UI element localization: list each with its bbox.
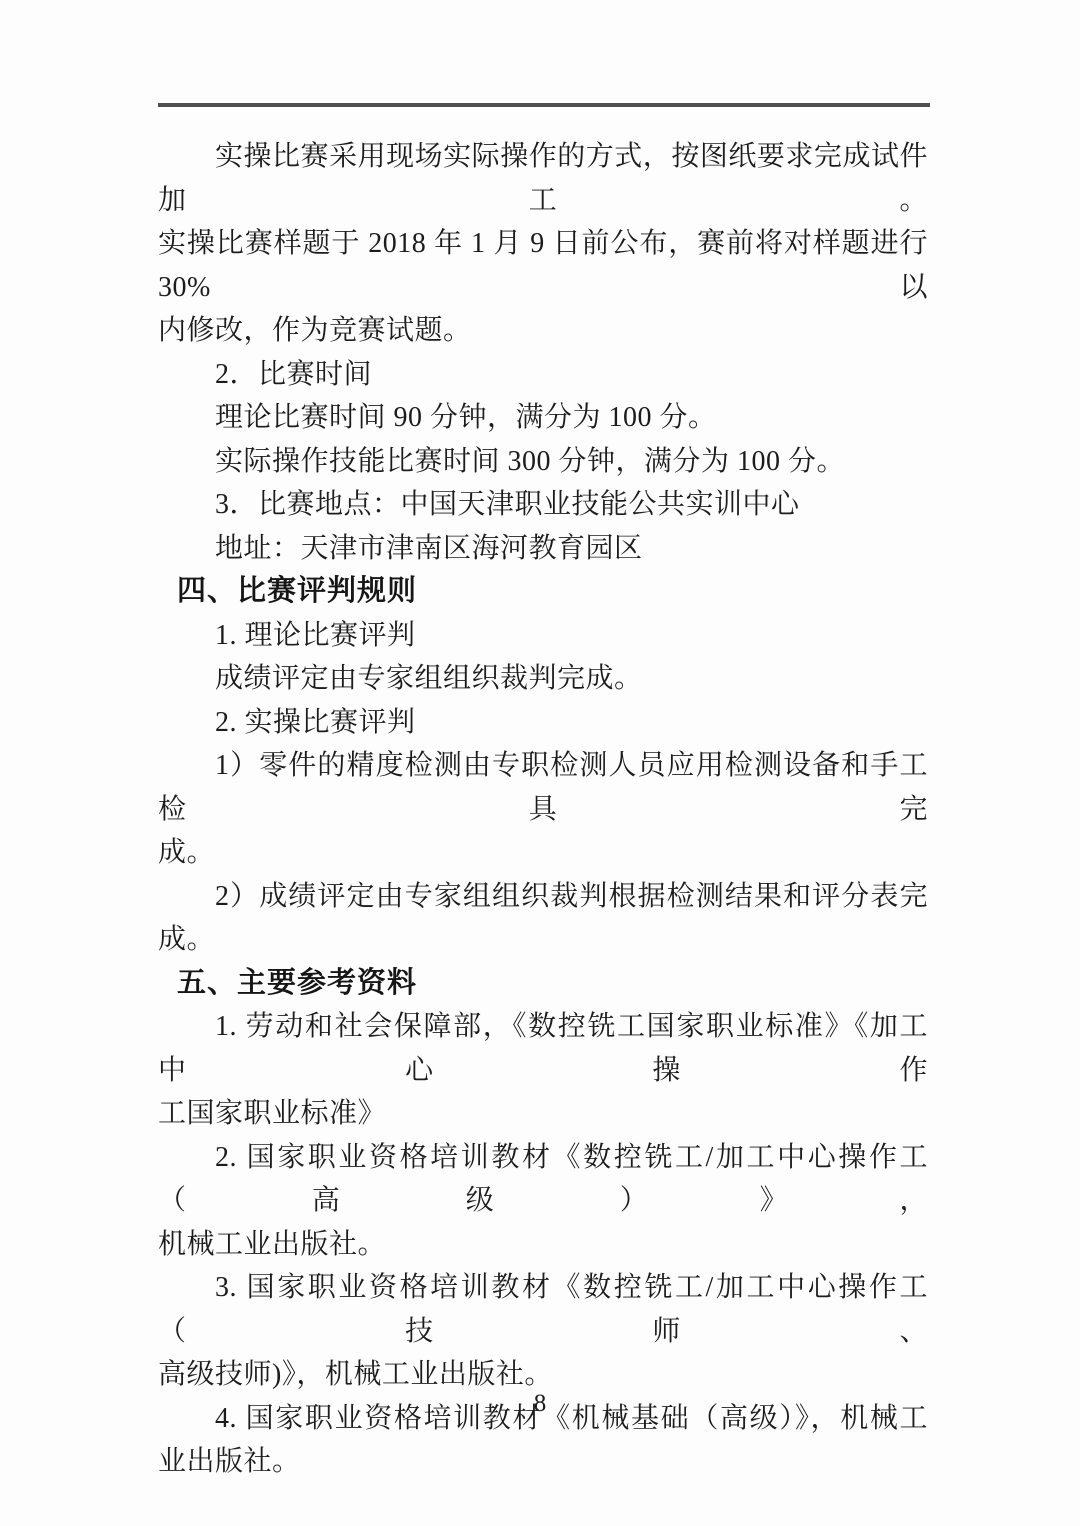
text-line: 内修改，作为竞赛试题。 (158, 309, 928, 353)
text-line: 工国家职业标准》 (158, 1092, 928, 1136)
section-heading: 五、主要参考资料 (158, 962, 928, 1006)
text-line: 3. 国家职业资格培训教材《数控铣工/加工中心操作工（技师、 (158, 1266, 928, 1353)
text-line: 1. 理论比赛评判 (158, 614, 928, 658)
text-line: 2）成绩评定由专家组组织裁判根据检测结果和评分表完成。 (158, 875, 928, 962)
text-line: 1）零件的精度检测由专职检测人员应用检测设备和手工检具完 (158, 744, 928, 831)
text-line: 2. 实操比赛评判 (158, 701, 928, 745)
text-line: 实操比赛采用现场实际操作的方式，按图纸要求完成试件加工。 (158, 135, 928, 222)
text-line: 3．比赛地点：中国天津职业技能公共实训中心 (158, 483, 928, 527)
page-number: 8 (0, 1390, 1080, 1418)
text-line: 机械工业出版社。 (158, 1223, 928, 1267)
text-line: 理论比赛时间 90 分钟，满分为 100 分。 (158, 396, 928, 440)
document-body: 实操比赛采用现场实际操作的方式，按图纸要求完成试件加工。实操比赛样题于 2018… (158, 135, 928, 1484)
text-line: 成绩评定由专家组组织裁判完成。 (158, 657, 928, 701)
text-line: 1. 劳动和社会保障部，《数控铣工国家职业标准》《加工中心操作 (158, 1005, 928, 1092)
document-page: 实操比赛采用现场实际操作的方式，按图纸要求完成试件加工。实操比赛样题于 2018… (0, 0, 1080, 1526)
text-line: 实际操作技能比赛时间 300 分钟，满分为 100 分。 (158, 440, 928, 484)
header-rule (158, 103, 930, 107)
text-line: 成。 (158, 831, 928, 875)
text-line: 实操比赛样题于 2018 年 1 月 9 日前公布，赛前将对样题进行 30%以 (158, 222, 928, 309)
text-line: 地址：天津市津南区海河教育园区 (158, 527, 928, 571)
section-heading: 四、比赛评判规则 (158, 570, 928, 614)
text-line: 2．比赛时间 (158, 353, 928, 397)
text-line: 2. 国家职业资格培训教材《数控铣工/加工中心操作工（高级）》， (158, 1136, 928, 1223)
